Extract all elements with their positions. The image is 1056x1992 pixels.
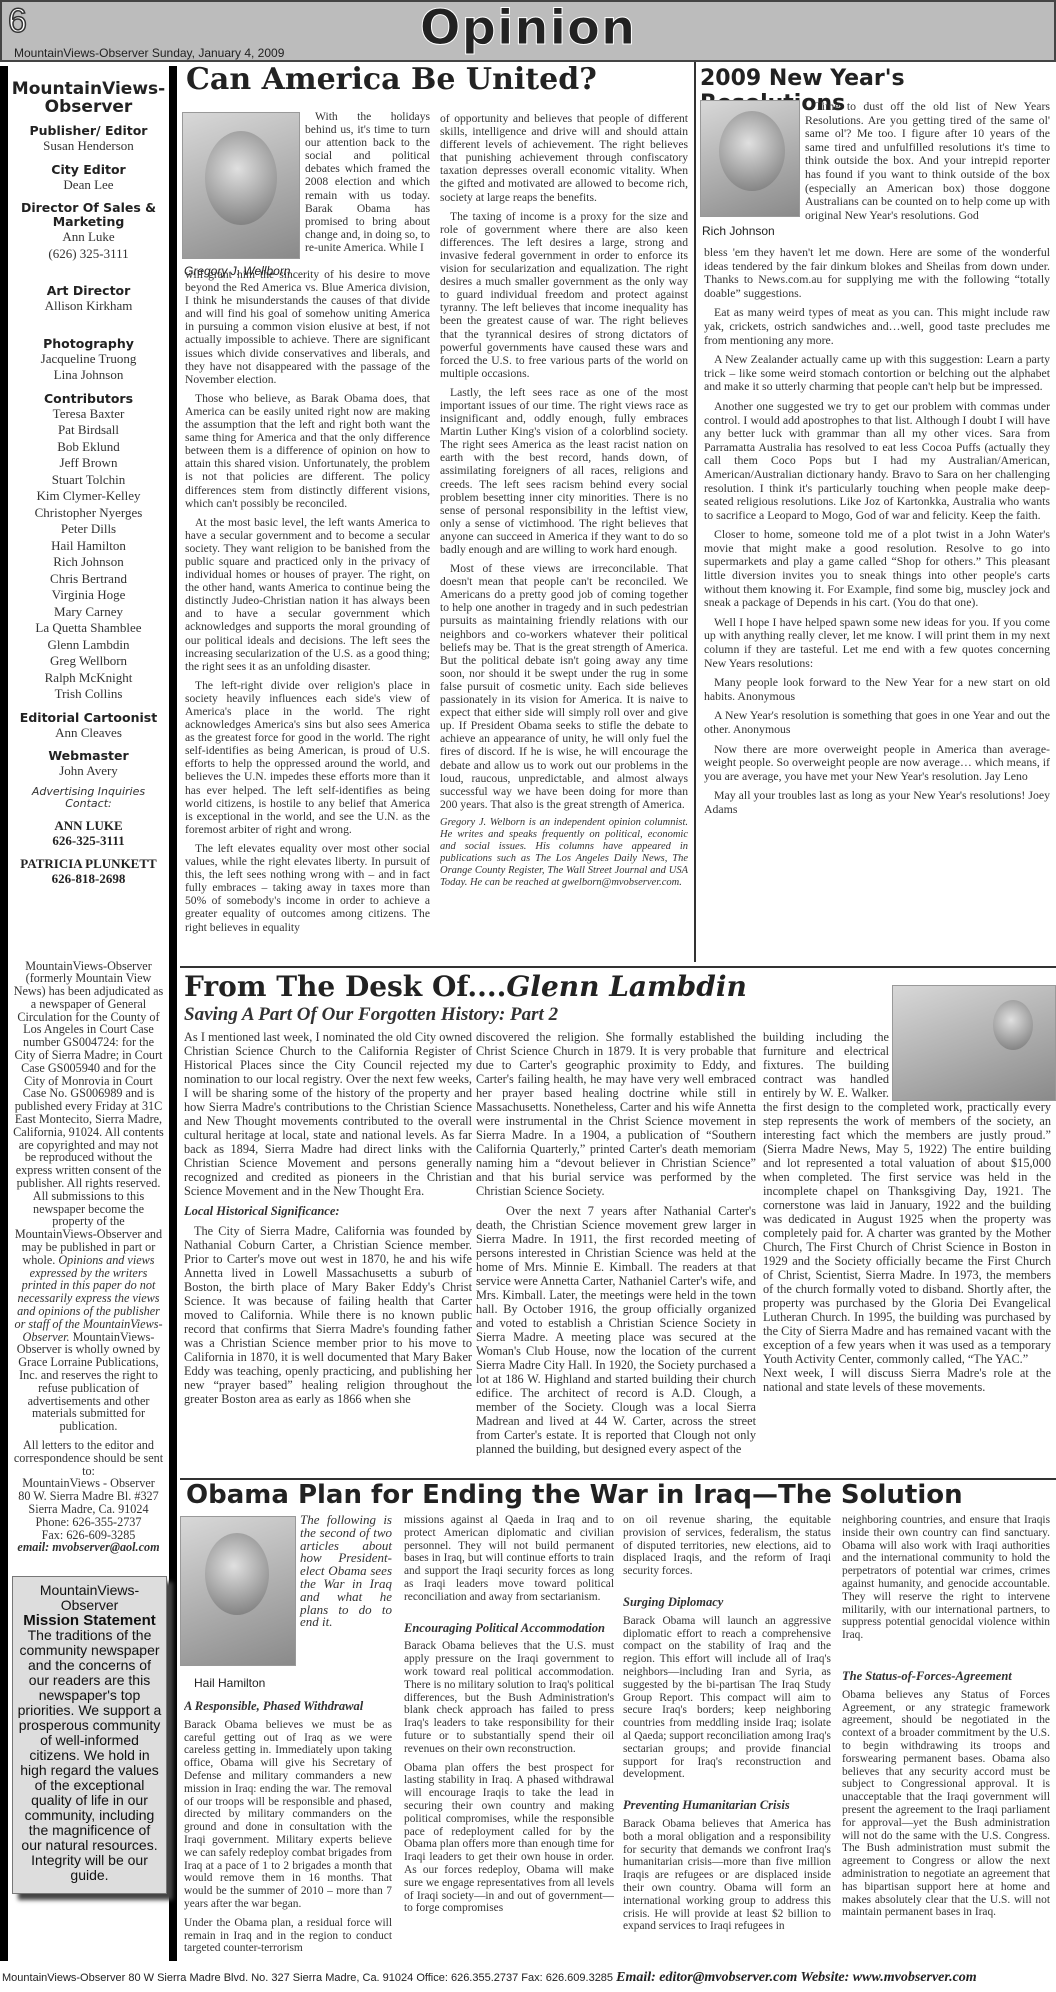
- section-divider: [180, 966, 1056, 968]
- article3-col3a: building including the furniture and ele…: [763, 1030, 889, 1102]
- letters-info: All letters to the editor and correspond…: [8, 1439, 169, 1554]
- staff-role: Art Director: [8, 284, 169, 298]
- footer-address: MountainViews-Observer 80 W Sierra Madre…: [2, 1972, 613, 1984]
- article-subhead: Saving A Part Of Our Forgotten History: …: [184, 1004, 558, 1026]
- staff-role: Webmaster: [8, 749, 169, 763]
- author-photo-lambdin: [892, 985, 1056, 1101]
- staff-list: Publisher/ EditorSusan HendersonCity Edi…: [8, 124, 169, 780]
- article3-col3b: the first design to the completed work, …: [763, 1100, 1051, 1470]
- staff-name: La Quetta Shamblee: [8, 620, 169, 637]
- staff-name: Jacqueline Truong: [8, 351, 169, 368]
- staff-name: Peter Dills: [8, 521, 169, 538]
- staff-name: Glenn Lambdin: [8, 637, 169, 654]
- ad-contact-1: ANN LUKE626-325-3111: [8, 818, 169, 848]
- staff-name: Ann Luke: [8, 229, 169, 246]
- article4-col1: A Responsible, Phased Withdrawal Barack …: [184, 1700, 392, 1966]
- dateline: MountainViews-Observer Sunday, January 4…: [14, 46, 284, 60]
- article3-col2: discovered the religion. She formally es…: [476, 1030, 756, 1470]
- staff-name: Rich Johnson: [8, 554, 169, 571]
- staff-role: Contributors: [8, 392, 169, 406]
- article4-col3: on oil revenue sharing, the equitable pr…: [623, 1514, 831, 1966]
- article1-col1: will grant him the sincerity of his desi…: [185, 268, 430, 968]
- staff-name: Susan Henderson: [8, 138, 169, 155]
- staff-role: Publisher/ Editor: [8, 124, 169, 138]
- ad-contact-2: PATRICIA PLUNKETT626-818-2698: [8, 856, 169, 886]
- footer-contact-links[interactable]: Email: editor@mvobserver.com Website: ww…: [616, 1970, 977, 1985]
- staff-name: Mary Carney: [8, 604, 169, 621]
- mission-statement: MountainViews-Observer Mission Statement…: [12, 1576, 167, 1894]
- staff-name: Allison Kirkham: [8, 298, 169, 315]
- staff-name: Ralph McKnight: [8, 670, 169, 687]
- staff-name: Ann Cleaves: [8, 725, 169, 742]
- article3-col1: As I mentioned last week, I nominated th…: [184, 1030, 472, 1470]
- staff-name: Kim Clymer-Kelley: [8, 488, 169, 505]
- article4-col2: missions against al Qaeda in Iraq and to…: [404, 1514, 614, 1966]
- staff-name: Bob Eklund: [8, 439, 169, 456]
- staff-name: Virginia Hoge: [8, 587, 169, 604]
- staff-name: Lina Johnson: [8, 367, 169, 384]
- column-divider: [694, 62, 696, 962]
- staff-name: Hail Hamilton: [8, 538, 169, 555]
- staff-name: (626) 325-3111: [8, 246, 169, 263]
- masthead-title: MountainViews-Observer: [8, 80, 169, 116]
- page-header: 6 Opinion MountainViews-Observer Sunday,…: [0, 0, 1056, 62]
- author-photo-wellborn: [182, 112, 300, 259]
- article1-col2: of opportunity and believes that people …: [440, 112, 688, 962]
- staff-name: Greg Wellborn: [8, 653, 169, 670]
- legal-notice: MountainViews-Observer (formerly Mountai…: [8, 960, 169, 1433]
- article2-intro-wrap: Time to dust off the old list of New Yea…: [805, 100, 1050, 252]
- staff-name: Jeff Brown: [8, 455, 169, 472]
- article-headline-can-america: Can America Be United?: [186, 62, 597, 97]
- staff-name: Pat Birdsall: [8, 422, 169, 439]
- author-photo-johnson: [700, 100, 800, 217]
- article-headline-desk-of: From The Desk Of....Glenn Lambdin: [184, 970, 747, 1003]
- staff-name: John Avery: [8, 763, 169, 780]
- article1-intro-wrap: With the holidays behind us, it's time t…: [305, 110, 430, 265]
- staff-name: Christopher Nyerges: [8, 505, 169, 522]
- article-headline-obama-iraq: Obama Plan for Ending the War in Iraq—Th…: [186, 1480, 963, 1510]
- author-photo-hamilton: [180, 1516, 296, 1666]
- advertising-label: Advertising Inquiries Contact:: [8, 786, 169, 810]
- staff-role: Editorial Cartoonist: [8, 711, 169, 725]
- email-link[interactable]: email: mvobserver@aol.com: [12, 1541, 165, 1554]
- page-footer: MountainViews-Observer 80 W Sierra Madre…: [0, 1970, 1056, 1986]
- author-bio: Gregory J. Welborn is an independent opi…: [440, 817, 688, 889]
- staff-role: Photography: [8, 337, 169, 351]
- staff-name: Trish Collins: [8, 686, 169, 703]
- staff-role: Director Of Sales & Marketing: [8, 201, 169, 229]
- article2-body: bless 'em they haven't let me down. Here…: [704, 246, 1050, 966]
- article4-col4: neighboring countries, and ensure that I…: [842, 1514, 1050, 1966]
- staff-name: Dean Lee: [8, 177, 169, 194]
- masthead-sidebar: MountainViews-Observer Publisher/ Editor…: [0, 66, 177, 1961]
- photo-caption: Rich Johnson: [702, 224, 775, 238]
- staff-name: Stuart Tolchin: [8, 472, 169, 489]
- photo-caption: Hail Hamilton: [194, 1676, 265, 1690]
- article4-intro: The following is the second of two artic…: [300, 1514, 392, 1629]
- staff-name: Teresa Baxter: [8, 406, 169, 423]
- staff-role: City Editor: [8, 163, 169, 177]
- staff-name: Chris Bertrand: [8, 571, 169, 588]
